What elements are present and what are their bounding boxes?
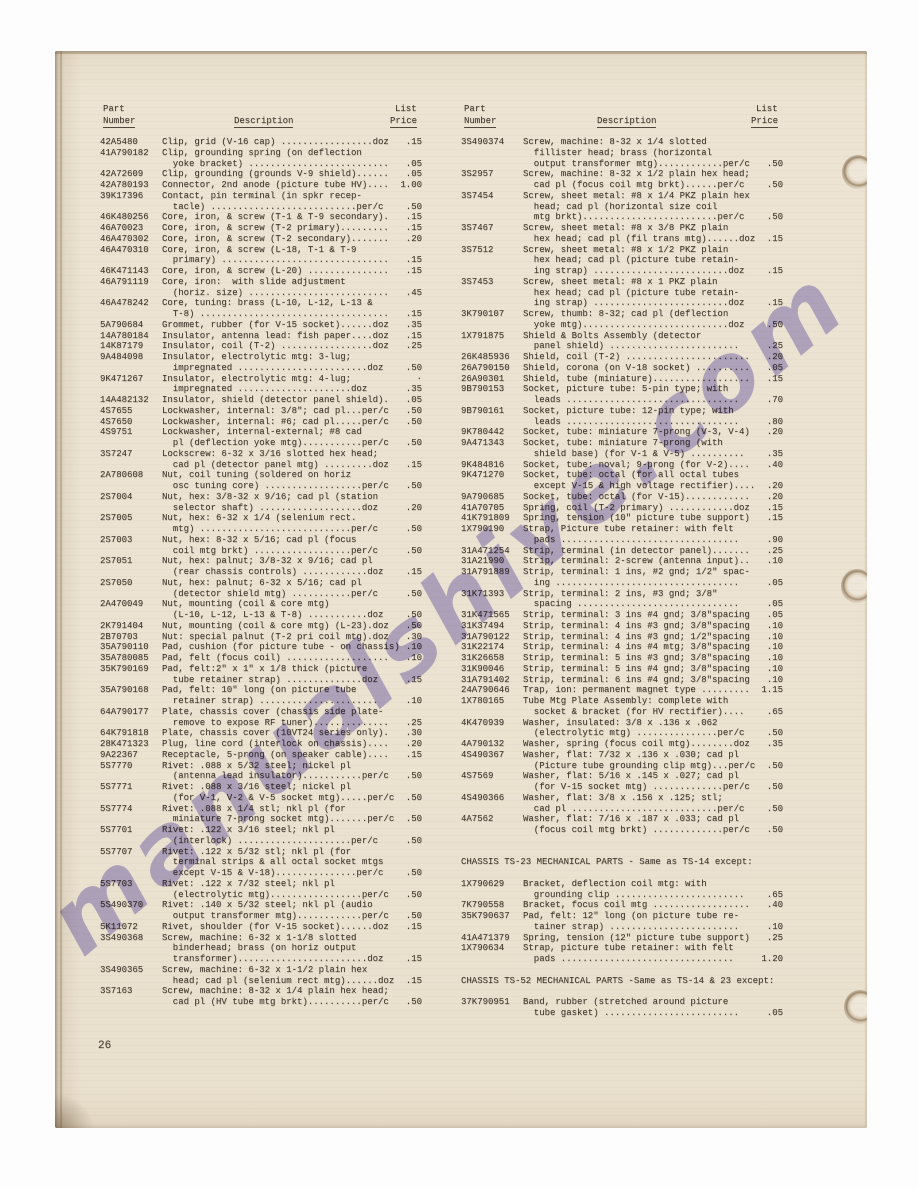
table-row: leads .................................7… <box>461 395 783 406</box>
list-price: .15 <box>392 567 422 578</box>
part-number: 64A790177 <box>100 707 162 718</box>
table-row: 5S7701Rivet: .122 x 3/16 steel; nkl pl <box>100 825 422 836</box>
part-number: 41A790182 <box>100 148 162 159</box>
part-number: 31K26658 <box>461 653 523 664</box>
part-number: 39K17396 <box>100 191 162 202</box>
list-price <box>753 997 783 1008</box>
table-row: cad pl ...........................per/c.… <box>461 804 783 815</box>
part-description: Insulator, shield (detector panel shield… <box>162 395 392 406</box>
table-row: cad pl (focus coil mtg brkt)......per/c.… <box>461 180 783 191</box>
table-row: 3S490374Screw, machine: 8-32 x 1/4 slott… <box>461 137 783 148</box>
part-description: panel shield) ........................ <box>523 341 753 352</box>
table-row: 4A7562Washer, flat: 7/16 x .187 x .033; … <box>461 814 783 825</box>
list-price: .20 <box>753 427 783 438</box>
part-description: Nut, hex: palnut; 3/8-32 x 9/16; cad pl <box>162 556 392 567</box>
list-price <box>753 255 783 266</box>
table-row: hex head; cad pl (picture tube retain- <box>461 288 783 299</box>
part-number: 3S7467 <box>461 223 523 234</box>
list-price <box>392 535 422 546</box>
part-number: 31K71393 <box>461 589 523 600</box>
list-price <box>392 707 422 718</box>
part-description: Core, iron, & screw (T-2 secondary).....… <box>162 234 392 245</box>
list-price: .50 <box>392 868 422 879</box>
list-price: 1.15 <box>753 685 783 696</box>
list-price <box>392 664 422 675</box>
part-number: 3S490368 <box>100 933 162 944</box>
part-description: Socket, tube: octal (for all octal tubes <box>523 470 753 481</box>
list-price <box>392 492 422 503</box>
list-price <box>753 202 783 213</box>
part-number <box>100 255 162 266</box>
part-number <box>461 341 523 352</box>
list-price <box>753 943 783 954</box>
table-row: 4S7569Washer, flat: 5/16 x .145 x .027; … <box>461 771 783 782</box>
part-number: 42A780193 <box>100 180 162 191</box>
table-row: 26A90301Shield, tube (miniature)........… <box>461 374 783 385</box>
table-row: ing strap) .........................doz.… <box>461 298 783 309</box>
list-price <box>753 223 783 234</box>
list-price <box>392 782 422 793</box>
part-number <box>461 578 523 589</box>
list-price: .20 <box>753 352 783 363</box>
list-price <box>392 685 422 696</box>
part-description: Lockwasher, internal: #6; cad pl.....per… <box>162 417 392 428</box>
list-price <box>753 718 783 729</box>
list-price <box>753 137 783 148</box>
part-number: 3S7247 <box>100 449 162 460</box>
part-number: 9K471267 <box>100 374 162 385</box>
part-description: Lockwasher, internal: 3/8"; cad pl...per… <box>162 406 392 417</box>
part-number: 9K484816 <box>461 460 523 471</box>
list-price: .50 <box>392 793 422 804</box>
table-row: remove to expose RF tuner)..............… <box>100 718 422 729</box>
part-description: Clip, grounding spring (on deflection <box>162 148 392 159</box>
spacer-row <box>461 986 783 997</box>
table-row: 1X790634Strap, picture tube retainer: wi… <box>461 943 783 954</box>
list-price <box>392 277 422 288</box>
part-description: Contact, pin terminal (in spkr recep- <box>162 191 392 202</box>
table-row: 3S7512Screw, sheet metal: #8 x 1/2 PKZ p… <box>461 245 783 256</box>
table-row: tacle) ...........................per/c.… <box>100 202 422 213</box>
part-number <box>461 535 523 546</box>
list-price: .50 <box>753 761 783 772</box>
part-number <box>461 180 523 191</box>
table-row: (interlock) .....................per/c.5… <box>100 836 422 847</box>
list-price: .15 <box>392 331 422 342</box>
part-description: Socket, tube: octal (for V-15)..........… <box>523 492 753 503</box>
part-number: 31A791889 <box>461 567 523 578</box>
table-row: 14A780184Insulator, antenna lead: fish p… <box>100 331 422 342</box>
part-number: 4A790132 <box>461 739 523 750</box>
list-price: .65 <box>753 890 783 901</box>
table-row: 5S7770Rivet: .088 x 5/32 steel; nickel p… <box>100 761 422 772</box>
table-row: 35K790169Pad, felt:2" x 1" x 1/8 thick (… <box>100 664 422 675</box>
part-description: Shield, coil (T-2) .....................… <box>523 352 753 363</box>
table-row: 2B70703Nut: special palnut (T-2 pri coil… <box>100 632 422 643</box>
table-row: 3S7467Screw, sheet metal: #8 x 3/8 PKZ p… <box>461 223 783 234</box>
list-price <box>753 384 783 395</box>
part-number: 24A790646 <box>461 685 523 696</box>
part-description: Nut: special palnut (T-2 pri coil mtg).d… <box>162 632 392 643</box>
part-description: Rivet: .088 x 1/4 stl; nkl pl (for <box>162 804 392 815</box>
part-description: Core, iron, & screw (T-1 & T-9 secondary… <box>162 212 392 223</box>
part-number: 42A5480 <box>100 137 162 148</box>
list-price <box>392 148 422 159</box>
table-row: 41A790182Clip, grounding spring (on defl… <box>100 148 422 159</box>
table-row: tube retainer strap) ..............doz.1… <box>100 675 422 686</box>
part-number <box>100 868 162 879</box>
list-price <box>753 589 783 600</box>
table-row: 2S7051Nut, hex: palnut; 3/8-32 x 9/16; c… <box>100 556 422 567</box>
table-row: (detector shield mtg) ...........per/c.5… <box>100 589 422 600</box>
table-row: yoke bracket) ..........................… <box>100 159 422 170</box>
part-description: Core, tuning: brass (L-10, L-12, L-13 & <box>162 298 392 309</box>
part-description: Spring, tension (12" picture tube suppor… <box>523 933 753 944</box>
table-row: 42A72609Clip, grounding (grounds V-9 shi… <box>100 169 422 180</box>
part-number: 1X780165 <box>461 696 523 707</box>
list-price: · <box>392 374 422 385</box>
list-price: .25 <box>392 718 422 729</box>
part-number <box>100 976 162 987</box>
part-description: Core, iron: with slide adjustment <box>162 277 392 288</box>
part-number <box>100 384 162 395</box>
part-description: coil mtg brkt) ..................per/c <box>162 546 392 557</box>
table-row: 31K37494Strip, terminal: 4 ins #3 gnd; 3… <box>461 621 783 632</box>
part-number: 4S490367 <box>461 750 523 761</box>
part-number: 1X790190 <box>461 524 523 535</box>
table-row: 7K790558Bracket, focus coil mtg ........… <box>461 900 783 911</box>
part-number <box>100 524 162 535</box>
part-number <box>100 159 162 170</box>
table-row: 46A470302Core, iron, & screw (T-2 second… <box>100 234 422 245</box>
part-number <box>461 782 523 793</box>
table-row: output transformer mtg)............per/c… <box>100 911 422 922</box>
part-description: (L-10, L-12, L-13 & T-8) ...........doz <box>162 610 392 621</box>
part-number <box>100 503 162 514</box>
part-number <box>461 728 523 739</box>
part-description: terminal strips & all octal socket mtgs <box>162 857 392 868</box>
part-description: Washer, flat: 7/32 x .136 x .030; cad pl <box>523 750 753 761</box>
list-price: .10 <box>392 642 422 653</box>
list-price: .15 <box>753 234 783 245</box>
part-number: 4A7562 <box>461 814 523 825</box>
part-number <box>100 288 162 299</box>
part-description: binderhead; brass (on horiz output <box>162 943 392 954</box>
part-description: Shield, tube (miniature)................… <box>523 374 753 385</box>
part-description: Rivet: .088 x 3/16 steel; nickel pl <box>162 782 392 793</box>
part-description: Strip, terminal: 2-screw (antenna input)… <box>523 556 753 567</box>
part-description: grounding clip ........................ <box>523 890 753 901</box>
part-number: 14K87179 <box>100 341 162 352</box>
list-price: .50 <box>392 911 422 922</box>
spacer-row <box>461 847 783 858</box>
part-description: Shield & Bolts Assembly (detector <box>523 331 753 342</box>
list-price: .35 <box>753 449 783 460</box>
part-description: tacle) ...........................per/c <box>162 202 392 213</box>
part-number: 46A791119 <box>100 277 162 288</box>
table-row: mtg) ............................per/c.5… <box>100 524 422 535</box>
part-description: impregnated .....................doz <box>162 384 392 395</box>
part-number <box>100 771 162 782</box>
part-description: Washer, insulated: 3/8 x .136 x .062 <box>523 718 753 729</box>
list-price: .50 <box>753 159 783 170</box>
list-price <box>392 761 422 772</box>
table-row: 2S7050Nut, hex: palnut; 6-32 x 5/16; cad… <box>100 578 422 589</box>
table-row: 1X791875Shield & Bolts Assembly (detecto… <box>461 331 783 342</box>
part-number <box>100 954 162 965</box>
part-number: 3S7453 <box>461 277 523 288</box>
part-description: Nut, mounting (coil & core mtg) (L-23).d… <box>162 621 392 632</box>
part-description: Pad, felt: 12" long (on picture tube re- <box>523 911 753 922</box>
list-price: .10 <box>753 642 783 653</box>
table-row: transformer)........................doz.… <box>100 954 422 965</box>
page-number: 26 <box>98 1040 111 1052</box>
table-row: 41K791809Spring, tension (10" picture tu… <box>461 513 783 524</box>
part-description: except V-15 & high voltage rectifier)...… <box>523 481 753 492</box>
part-description: Strip, terminal: 3 ins #4 gnd; 3/8"spaci… <box>523 610 753 621</box>
table-row: 24A790646Trap, ion: permanent magnet typ… <box>461 685 783 696</box>
paper-sheet: Part Number Description List Price Part … <box>55 51 867 1128</box>
table-row: ing strap) .........................doz.… <box>461 266 783 277</box>
table-row: 64K791818Plate, chassis cover (10VT24 se… <box>100 728 422 739</box>
part-description: Screw, machine: 8-32 x 1/4 slotted <box>523 137 753 148</box>
list-price: .10 <box>753 675 783 686</box>
table-row: output transformer mtg)............per/c… <box>461 159 783 170</box>
part-number <box>461 417 523 428</box>
list-price: 1.20 <box>753 954 783 965</box>
list-price: .65 <box>753 707 783 718</box>
part-description: Socket, tube: noval; 9-prong (for V-2)..… <box>523 460 753 471</box>
part-description: hex head; cad pl (picture tube retain- <box>523 288 753 299</box>
list-price <box>392 191 422 202</box>
list-price <box>392 427 422 438</box>
list-price: .25 <box>753 341 783 352</box>
list-price <box>753 148 783 159</box>
table-row: 3S490365Screw, machine: 6-32 x 1-1/2 pla… <box>100 965 422 976</box>
part-description: Pad, felt (focus coil) .................… <box>162 653 392 664</box>
part-number <box>100 460 162 471</box>
list-price: .50 <box>753 212 783 223</box>
part-number: 4S7655 <box>100 406 162 417</box>
list-price <box>392 298 422 309</box>
table-row: 2A470049Nut, mounting (coil & core mtg) <box>100 599 422 610</box>
part-number: 2B70703 <box>100 632 162 643</box>
list-price: .15 <box>392 750 422 761</box>
table-row: 3S7454Screw, sheet metal: #8 x 1/4 PKZ p… <box>461 191 783 202</box>
list-price: .05 <box>392 159 422 170</box>
spacer-row <box>461 868 783 879</box>
table-row: binderhead; brass (on horiz output <box>100 943 422 954</box>
table-row: 2S7003Nut, hex: 8-32 x 5/16; cad pl (foc… <box>100 535 422 546</box>
part-number <box>100 438 162 449</box>
part-description: Strip, terminal: 1 ins, #2 gnd; 1/2" spa… <box>523 567 753 578</box>
table-row: 4K470939Washer, insulated: 3/8 x .136 x … <box>461 718 783 729</box>
table-row: 2A780608Nut, coil tuning (soldered on ho… <box>100 470 422 481</box>
part-description: Insulator, electrolytic mtg: 4-lug; <box>162 374 392 385</box>
table-row: 14K87179Insulator, coil (T-2) ..........… <box>100 341 422 352</box>
part-description: Core, iron, & screw (L-18, T-1 & T-9 <box>162 245 392 256</box>
list-price <box>392 352 422 363</box>
list-price: .05 <box>392 169 422 180</box>
part-number: 9B790161 <box>461 406 523 417</box>
part-number: 4S7650 <box>100 417 162 428</box>
part-number <box>100 363 162 374</box>
part-description: Bracket, focus coil mtg ................… <box>523 900 753 911</box>
list-price: .15 <box>392 223 422 234</box>
table-row: hex head; cad pl (fil trans mtg)......do… <box>461 234 783 245</box>
part-number: 3S490365 <box>100 965 162 976</box>
part-number <box>100 696 162 707</box>
list-price: .05 <box>753 599 783 610</box>
part-number <box>461 449 523 460</box>
right-header-description: Description <box>597 116 656 128</box>
list-price <box>753 438 783 449</box>
part-description: remove to expose RF tuner).............. <box>162 718 392 729</box>
list-price: .50 <box>753 804 783 815</box>
part-description: Socket, tube: miniature 7-prong (with <box>523 438 753 449</box>
part-description: yoke bracket) .......................... <box>162 159 392 170</box>
table-row: 31K26658Strip, terminal: 5 ins #3 gnd; 3… <box>461 653 783 664</box>
list-price: .50 <box>392 406 422 417</box>
part-description: Screw, machine: 6-32 x 1-1/8 slotted <box>162 933 392 944</box>
part-description: hex head; cad pl (fil trans mtg)......do… <box>523 234 753 245</box>
list-price: .15 <box>392 976 422 987</box>
table-row: leads .................................8… <box>461 417 783 428</box>
part-description: Screw, sheet metal: #8 x 1 PKZ plain <box>523 277 753 288</box>
part-description: Nut, hex: palnut; 6-32 x 5/16; cad pl <box>162 578 392 589</box>
table-row: osc tuning core) ..................per/c… <box>100 481 422 492</box>
list-price: .10 <box>753 621 783 632</box>
part-number: 9A22367 <box>100 750 162 761</box>
table-row: pads ................................1.2… <box>461 954 783 965</box>
table-row: (antenna lead insulator)...........per/c… <box>100 771 422 782</box>
table-row: 9A471343Socket, tube: miniature 7-prong … <box>461 438 783 449</box>
part-description: Pad, cushion (for picture tube - on chas… <box>162 642 392 653</box>
part-number <box>100 943 162 954</box>
table-row: ing ...................................0… <box>461 578 783 589</box>
part-description: mtg brkt).........................per/c <box>523 212 753 223</box>
table-row: spacing ...............................0… <box>461 599 783 610</box>
list-price <box>753 277 783 288</box>
spacer-row <box>461 965 783 976</box>
list-price: .05 <box>753 1008 783 1019</box>
list-price: .50 <box>392 771 422 782</box>
part-description: Insulator, antenna lead: fish paper....d… <box>162 331 392 342</box>
list-price: .05 <box>392 395 422 406</box>
part-description: Rivet: .122 x 7/32 steel; nkl pl <box>162 879 392 890</box>
list-price <box>753 245 783 256</box>
table-row: 31K90046Strip, terminal: 5 ins #4 gnd; 3… <box>461 664 783 675</box>
part-number <box>461 159 523 170</box>
part-number <box>100 997 162 1008</box>
part-number <box>461 761 523 772</box>
table-row: 31A791402Strip, terminal: 6 ins #4 gnd; … <box>461 675 783 686</box>
part-description: Pad, felt: 10" long (on picture tube <box>162 685 392 696</box>
part-description: Strip, terminal: 4 ins #3 gnd; 3/8"spaci… <box>523 621 753 632</box>
spacer-row <box>461 836 783 847</box>
part-description: head; cad pl (horizontal size coil <box>523 202 753 213</box>
part-description: Grommet, rubber (for V-15 socket)......d… <box>162 320 392 331</box>
list-price <box>392 879 422 890</box>
table-row: head; cad pl (selenium rect mtg)......do… <box>100 976 422 987</box>
list-price <box>392 470 422 481</box>
list-price <box>392 857 422 868</box>
part-description: Lockscrew: 6-32 x 3/16 slotted hex head; <box>162 449 392 460</box>
list-price: .20 <box>392 739 422 750</box>
part-description: (for V-1, V-2 & V-5 socket mtg).....per/… <box>162 793 392 804</box>
list-price: .15 <box>753 513 783 524</box>
table-row: 5K11072Rivet, shoulder (for V-15 socket)… <box>100 922 422 933</box>
list-price: .15 <box>392 309 422 320</box>
table-row: pads ..................................9… <box>461 535 783 546</box>
list-price <box>753 191 783 202</box>
part-number <box>461 298 523 309</box>
part-description: retainer strap) ...................... <box>162 696 392 707</box>
table-row: (for V-1, V-2 & V-5 socket mtg).....per/… <box>100 793 422 804</box>
table-row: 41A70705Spring, coil (T-2 primary) .....… <box>461 503 783 514</box>
part-number: 31A791402 <box>461 675 523 686</box>
binding-edge-line <box>60 51 62 1128</box>
part-number <box>100 836 162 847</box>
list-price <box>392 965 422 976</box>
list-price: .45 <box>392 288 422 299</box>
list-price: .15 <box>392 266 422 277</box>
part-description: Core, iron, & screw (L-20) .............… <box>162 266 392 277</box>
part-description: Nut, coil tuning (soldered on horiz <box>162 470 392 481</box>
part-number: 7K790558 <box>461 900 523 911</box>
table-row: 26A790150Shield, corona (on V-18 socket)… <box>461 363 783 374</box>
table-row: 46K471143Core, iron, & screw (L-20) ....… <box>100 266 422 277</box>
part-number: 9A484098 <box>100 352 162 363</box>
right-header-part: Part <box>464 104 486 115</box>
list-price: .70 <box>753 395 783 406</box>
list-price: .10 <box>753 556 783 567</box>
list-price <box>753 331 783 342</box>
table-row: 9K780442Socket, tube: miniature 7-prong … <box>461 427 783 438</box>
part-number: 31K471565 <box>461 610 523 621</box>
part-number: 46A478242 <box>100 298 162 309</box>
list-price: .20 <box>392 234 422 245</box>
part-description: Screw, machine: 6-32 x 1-1/2 plain hex <box>162 965 392 976</box>
part-description: Socket, tube: miniature 7-prong (V-3, V-… <box>523 427 753 438</box>
part-description: leads ................................ <box>523 417 753 428</box>
part-number <box>461 202 523 213</box>
table-row: 39K17396Contact, pin terminal (in spkr r… <box>100 191 422 202</box>
table-row: 9A484098Insulator, electrolytic mtg: 3-l… <box>100 352 422 363</box>
part-description: mtg) ............................per/c <box>162 524 392 535</box>
table-row: 4S490366Washer, flat: 3/8 x .156 x .125;… <box>461 793 783 804</box>
list-price: .50 <box>392 546 422 557</box>
table-row: 31A471254Strip, terminal (in detector pa… <box>461 546 783 557</box>
list-price: .50 <box>753 320 783 331</box>
part-description: Nut, mounting (coil & core mtg) <box>162 599 392 610</box>
list-price <box>753 750 783 761</box>
table-row: 31A21990Strip, terminal: 2-screw (antenn… <box>461 556 783 567</box>
part-number: 1X790634 <box>461 943 523 954</box>
list-price <box>392 825 422 836</box>
part-description: Strip, terminal: 2 ins, #3 gnd; 3/8" <box>523 589 753 600</box>
list-price: .50 <box>392 524 422 535</box>
part-number <box>461 266 523 277</box>
part-description: Strip, terminal: 6 ins #4 gnd; 3/8"spaci… <box>523 675 753 686</box>
part-number: 46K480256 <box>100 212 162 223</box>
part-description: Socket, picture tube: 12-pin type; with <box>523 406 753 417</box>
part-description: Screw, sheet metal: #8 x 1/4 PKZ plain h… <box>523 191 753 202</box>
list-price <box>392 804 422 815</box>
table-row: 35K790637Pad, felt: 12" long (on picture… <box>461 911 783 922</box>
list-price: .15 <box>753 503 783 514</box>
part-number: 26K485936 <box>461 352 523 363</box>
